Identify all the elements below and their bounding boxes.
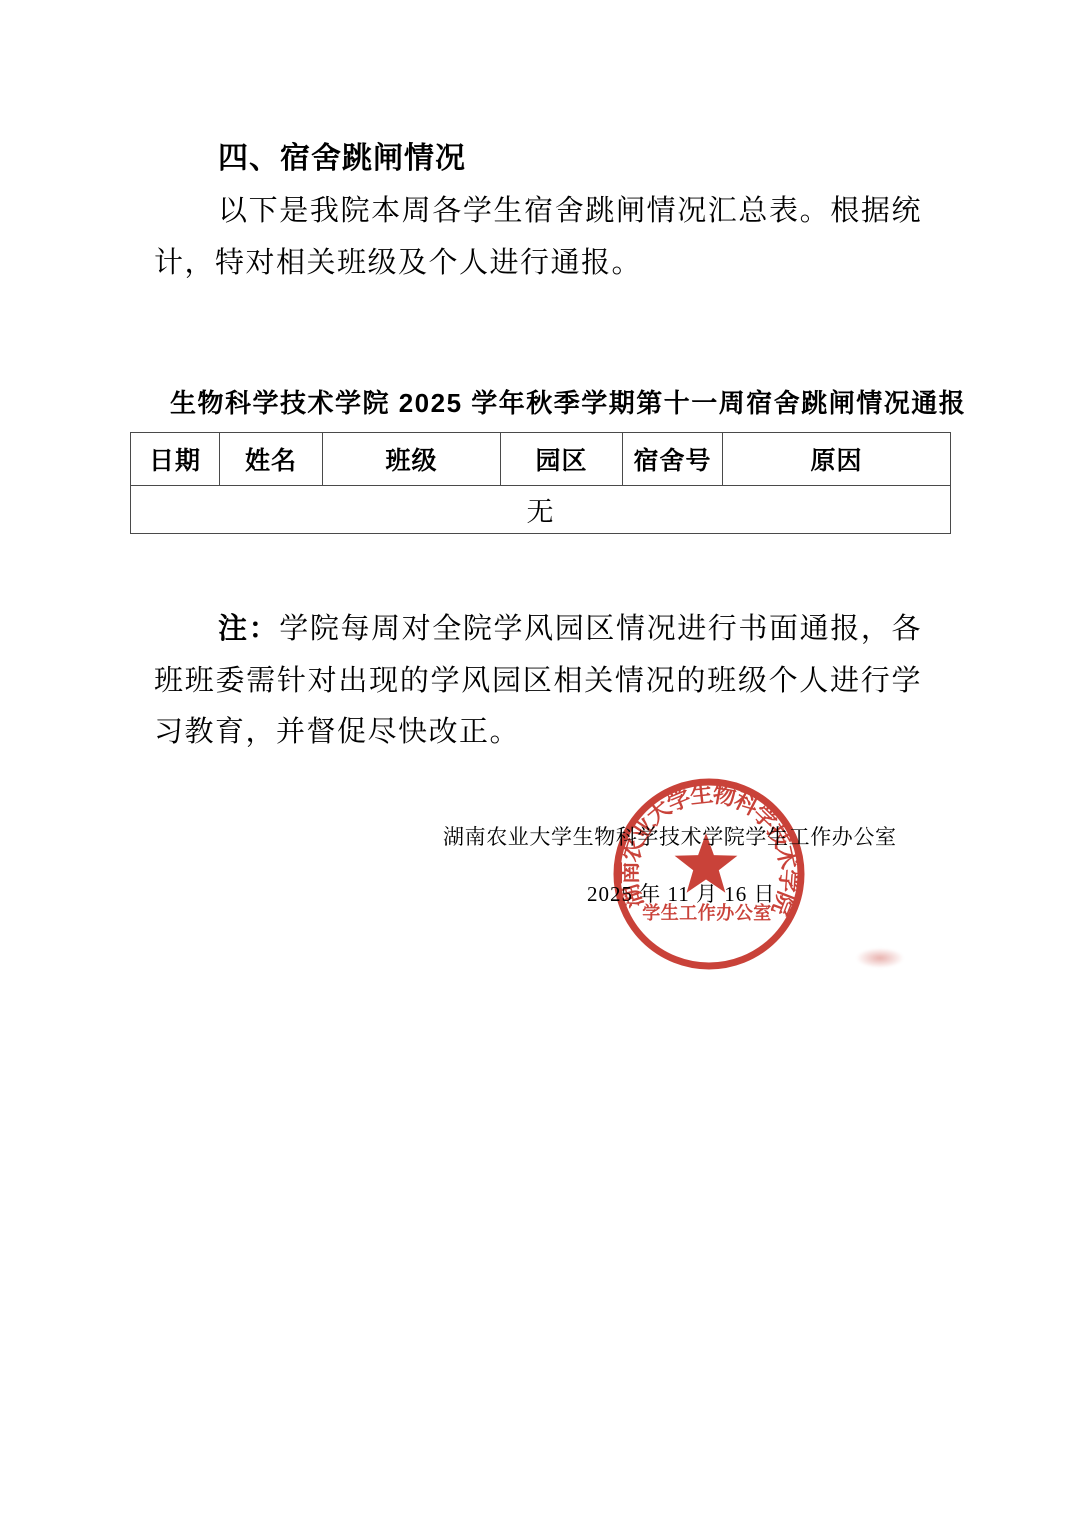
note-label: 注： — [218, 613, 279, 645]
header-cell-reason: 原因 — [723, 433, 951, 486]
report-table-title: 生物科学技术学院 2025 学年秋季学期第十一周宿舍跳闸情况通报 — [170, 385, 966, 421]
seal-star-icon — [675, 833, 738, 893]
header-cell-date: 日期 — [131, 433, 220, 486]
intro-paragraph: 以下是我院本周各学生宿舍跳闸情况汇总表。根据统计，特对相关班级及个人进行通报。 — [154, 186, 922, 289]
header-cell-room: 宿舍号 — [623, 433, 723, 486]
seal-ink-smudge — [856, 948, 904, 968]
note-paragraph: 注：学院每周对全院学风园区情况进行书面通报，各班班委需针对出现的学风园区相关情况… — [154, 604, 922, 759]
official-seal: 湖南农业大学生物科学技术学院 学生工作办公室 — [610, 775, 810, 975]
empty-row-cell: 无 — [131, 486, 951, 534]
table-header-row: 日期 姓名 班级 园区 宿舍号 原因 — [131, 433, 951, 486]
header-cell-area: 园区 — [501, 433, 623, 486]
seal-office-text: 学生工作办公室 — [642, 902, 772, 923]
table-empty-row: 无 — [131, 486, 951, 534]
report-table: 日期 姓名 班级 园区 宿舍号 原因 无 — [130, 432, 951, 534]
report-table-header: 日期 姓名 班级 园区 宿舍号 原因 — [131, 433, 951, 486]
report-table-body: 无 — [131, 486, 951, 534]
header-cell-class: 班级 — [323, 433, 501, 486]
section-heading: 四、宿舍跳闸情况 — [154, 141, 946, 177]
document-page: 四、宿舍跳闸情况 以下是我院本周各学生宿舍跳闸情况汇总表。根据统计，特对相关班级… — [0, 0, 1074, 1520]
header-cell-name: 姓名 — [220, 433, 323, 486]
